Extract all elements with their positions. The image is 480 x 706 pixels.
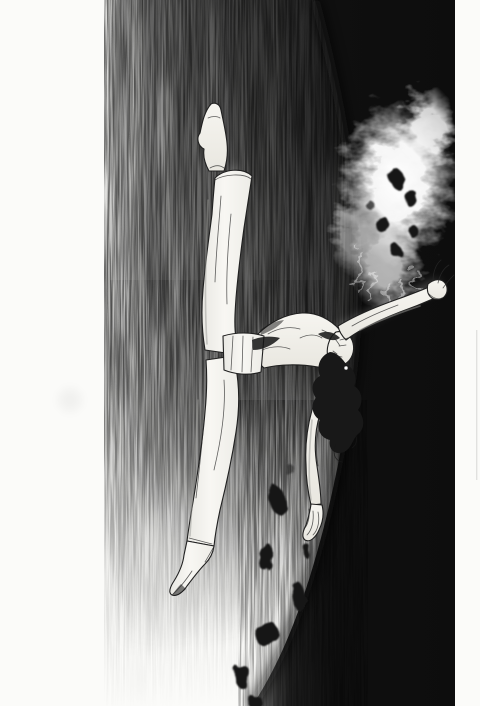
manga-page [0,0,480,706]
page-edge-line [476,330,477,480]
paper-smudge [58,388,82,412]
earring [344,366,348,370]
extended-hand [427,280,447,300]
artwork-panel [0,0,480,706]
burst-left-fringe [330,196,374,276]
burst-upper-lobe [398,86,458,170]
